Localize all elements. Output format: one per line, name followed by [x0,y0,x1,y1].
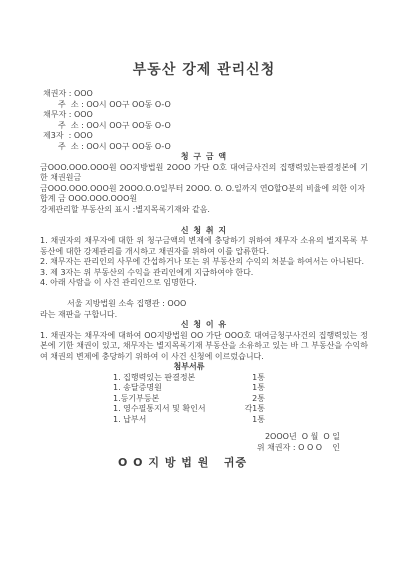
manager-appointment-line: 서울 지방법원 소속 집행관 : OOO [67,299,368,310]
claim-amount-heading: 청 구 금 액 [40,152,368,163]
attachment-row: 1. 납부서 1통 [113,415,265,426]
attachment-count: 1통 [252,373,265,384]
attachments-heading: 첨부서류 [113,362,265,373]
court-line: O O 지 방 법 원 귀중 [118,456,368,470]
attachment-row: 1.등기부등본 2통 [113,394,265,405]
reason-heading: 신 청 이 유 [40,320,368,331]
purpose-item-4: 4. 아래 사람을 이 사건 관리인으로 임명한다. [40,278,368,289]
date-line: 2OOO년 O 월 O 일 [40,432,340,443]
signer-line: 위 채권자 : O O O 인 [40,443,340,454]
claim-amount-block: 금OOO.OOO.OOO원 OO지방법원 2OOO 가단 O호 대여금사건의 집… [40,163,368,216]
third-party-address-line: 주 소 : OO시 OO구 OO동 O-O [58,142,368,153]
third-party-line: 제3자 : OOO [43,131,368,142]
attachment-name: 1. 집행력있는 판결정본 [113,373,195,384]
attachments-block: 첨부서류 1. 집행력있는 판결정본 1통 1. 송달증명원 1통 1.등기부등… [113,362,265,425]
claim-paragraph-total: 합계 금 OOO.OOO.OOO원 [40,194,368,205]
purpose-heading: 신 청 취 지 [40,226,368,237]
purpose-item-1: 1. 채권자의 채무자에 대한 위 청구금액의 변제에 충당하기 위하여 채무자… [40,236,368,257]
purpose-item-2: 2. 채무자는 관리인의 사무에 간섭하거나 또는 위 부동산의 수익의 처분을… [40,257,368,268]
legal-document-page: 부동산 강제 관리신청 채권자 : OOO 주 소 : OO시 OO구 OO동 … [0,0,400,566]
footer-date-signature: 2OOO년 O 월 O 일 위 채권자 : O O O 인 [40,432,340,453]
parties-block: 채권자 : OOO 주 소 : OO시 OO구 OO동 O-O 채무자 : OO… [43,89,368,152]
claim-paragraph-interest: 금OOO.OOO.OOO원 2OOO.O.O일부터 2OOO. O. O.일까지… [40,184,368,195]
creditor-address-line: 주 소 : OO시 OO구 OO동 O-O [58,100,368,111]
claim-paragraph-property: 강제관리할 부동산의 표시 :별지목록기재와 같음. [40,205,368,216]
attachment-row: 1. 집행력있는 판결정본 1통 [113,373,265,384]
attachment-count: 1통 [252,383,265,394]
debtor-address-line: 주 소 : OO시 OO구 OO동 O-O [58,121,368,132]
purpose-closing-line: 라는 재판을 구합니다. [40,310,368,321]
claim-paragraph-principal: 금OOO.OOO.OOO원 OO지방법원 2OOO 가단 O호 대여금사건의 집… [40,163,368,184]
attachment-count: 각1통 [244,404,265,415]
reason-paragraph: 1. 채권자는 채무자에 대하여 OO지방법원 OO 가단 OOO호 대여금청구… [40,331,368,363]
attachment-count: 2통 [252,394,265,405]
attachment-name: 1. 송달증명원 [113,383,162,394]
attachment-name: 1. 납부서 [113,415,146,426]
purpose-item-3: 3. 제 3자는 위 부동산의 수익을 관리인에게 지급하여야 한다. [40,268,368,279]
creditor-line: 채권자 : OOO [43,89,368,100]
attachment-row: 1. 송달증명원 1통 [113,383,265,394]
purpose-block: 1. 채권자의 채무자에 대한 위 청구금액의 변제에 충당하기 위하여 채무자… [40,236,368,320]
document-title: 부동산 강제 관리신청 [40,62,368,78]
attachment-name: 1. 영수필통지서 및 확인서 [113,404,206,415]
debtor-line: 채무자 : OOO [43,110,368,121]
attachment-count: 1통 [252,415,265,426]
attachment-row: 1. 영수필통지서 및 확인서 각1통 [113,404,265,415]
attachment-name: 1.등기부등본 [113,394,159,405]
